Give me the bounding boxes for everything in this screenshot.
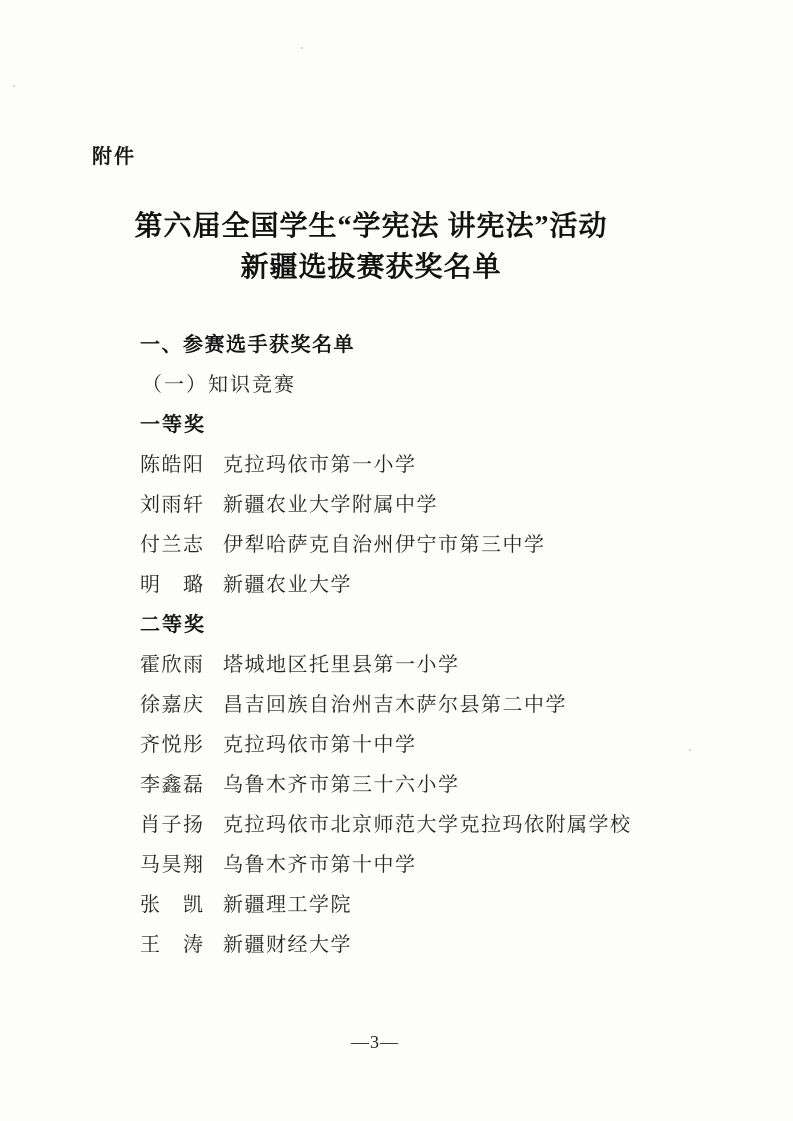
winner-name: 徐嘉庆 — [140, 688, 223, 717]
winner-name: 王 涛 — [140, 928, 223, 957]
winner-row: 马昊翔 乌鲁木齐市第十中学 — [140, 842, 733, 882]
winner-row: 齐悦彤 克拉玛依市第十中学 — [140, 722, 733, 762]
winner-name: 刘雨轩 — [140, 488, 223, 517]
winner-row: 肖子扬 克拉玛依市北京师范大学克拉玛依附属学校 — [140, 802, 733, 842]
award-level-row: 一等奖 — [140, 402, 733, 442]
winner-school: 乌鲁木齐市第三十六小学 — [223, 768, 460, 797]
document-title-line2: 新疆选拔赛获奖名单 — [0, 247, 742, 288]
document-body: 一、参赛选手获奖名单 （一）知识竞赛 一等奖 陈皓阳 克拉玛依市第一小学 刘雨轩… — [140, 322, 733, 962]
winner-school: 克拉玛依市第一小学 — [223, 448, 417, 477]
subsection-heading: （一）知识竞赛 — [142, 368, 296, 397]
winner-name: 齐悦彤 — [140, 728, 223, 757]
winner-row: 明 璐 新疆农业大学 — [140, 562, 733, 602]
winner-row: 陈皓阳 克拉玛依市第一小学 — [140, 442, 733, 482]
winner-name: 肖子扬 — [140, 808, 223, 837]
winner-name: 付兰志 — [140, 528, 223, 557]
winner-school: 新疆农业大学附属中学 — [223, 488, 438, 517]
section-heading: 一、参赛选手获奖名单 — [140, 328, 355, 357]
winner-row: 付兰志 伊犁哈萨克自治州伊宁市第三中学 — [140, 522, 733, 562]
winner-name: 张 凯 — [140, 888, 223, 917]
attachment-label: 附件 — [92, 140, 136, 169]
document-page: 附件 第六届全国学生“学宪法 讲宪法”活动 新疆选拔赛获奖名单 一、参赛选手获奖… — [0, 0, 793, 1121]
winner-row: 霍欣雨 塔城地区托里县第一小学 — [140, 642, 733, 682]
winner-row: 王 涛 新疆财经大学 — [140, 922, 733, 962]
winner-school: 昌吉回族自治州吉木萨尔县第二中学 — [223, 688, 567, 717]
subsection-heading-row: （一）知识竞赛 — [140, 362, 733, 402]
winner-school: 伊犁哈萨克自治州伊宁市第三中学 — [223, 528, 546, 557]
winner-school: 新疆理工学院 — [223, 888, 352, 917]
award-level-second-prize: 二等奖 — [140, 608, 206, 637]
page-number: —3— — [0, 1032, 750, 1053]
document-title: 第六届全国学生“学宪法 讲宪法”活动 新疆选拔赛获奖名单 — [0, 206, 742, 288]
scan-speck — [301, 47, 303, 49]
winner-name: 明 璐 — [140, 568, 223, 597]
winner-name: 马昊翔 — [140, 848, 223, 877]
winner-row: 刘雨轩 新疆农业大学附属中学 — [140, 482, 733, 522]
section-heading-row: 一、参赛选手获奖名单 — [140, 322, 733, 362]
award-level-first-prize: 一等奖 — [140, 408, 206, 437]
award-level-row: 二等奖 — [140, 602, 733, 642]
winner-school: 克拉玛依市北京师范大学克拉玛依附属学校 — [223, 808, 632, 837]
winner-row: 张 凯 新疆理工学院 — [140, 882, 733, 922]
scan-speck — [13, 85, 15, 87]
winner-name: 陈皓阳 — [140, 448, 223, 477]
winner-school: 克拉玛依市第十中学 — [223, 728, 417, 757]
winner-school: 塔城地区托里县第一小学 — [223, 648, 460, 677]
winner-row: 徐嘉庆 昌吉回族自治州吉木萨尔县第二中学 — [140, 682, 733, 722]
winner-school: 新疆农业大学 — [223, 568, 352, 597]
winner-row: 李鑫磊 乌鲁木齐市第三十六小学 — [140, 762, 733, 802]
winner-name: 霍欣雨 — [140, 648, 223, 677]
winner-name: 李鑫磊 — [140, 768, 223, 797]
document-title-line1: 第六届全国学生“学宪法 讲宪法”活动 — [0, 206, 742, 247]
winner-school: 新疆财经大学 — [223, 928, 352, 957]
winner-school: 乌鲁木齐市第十中学 — [223, 848, 417, 877]
